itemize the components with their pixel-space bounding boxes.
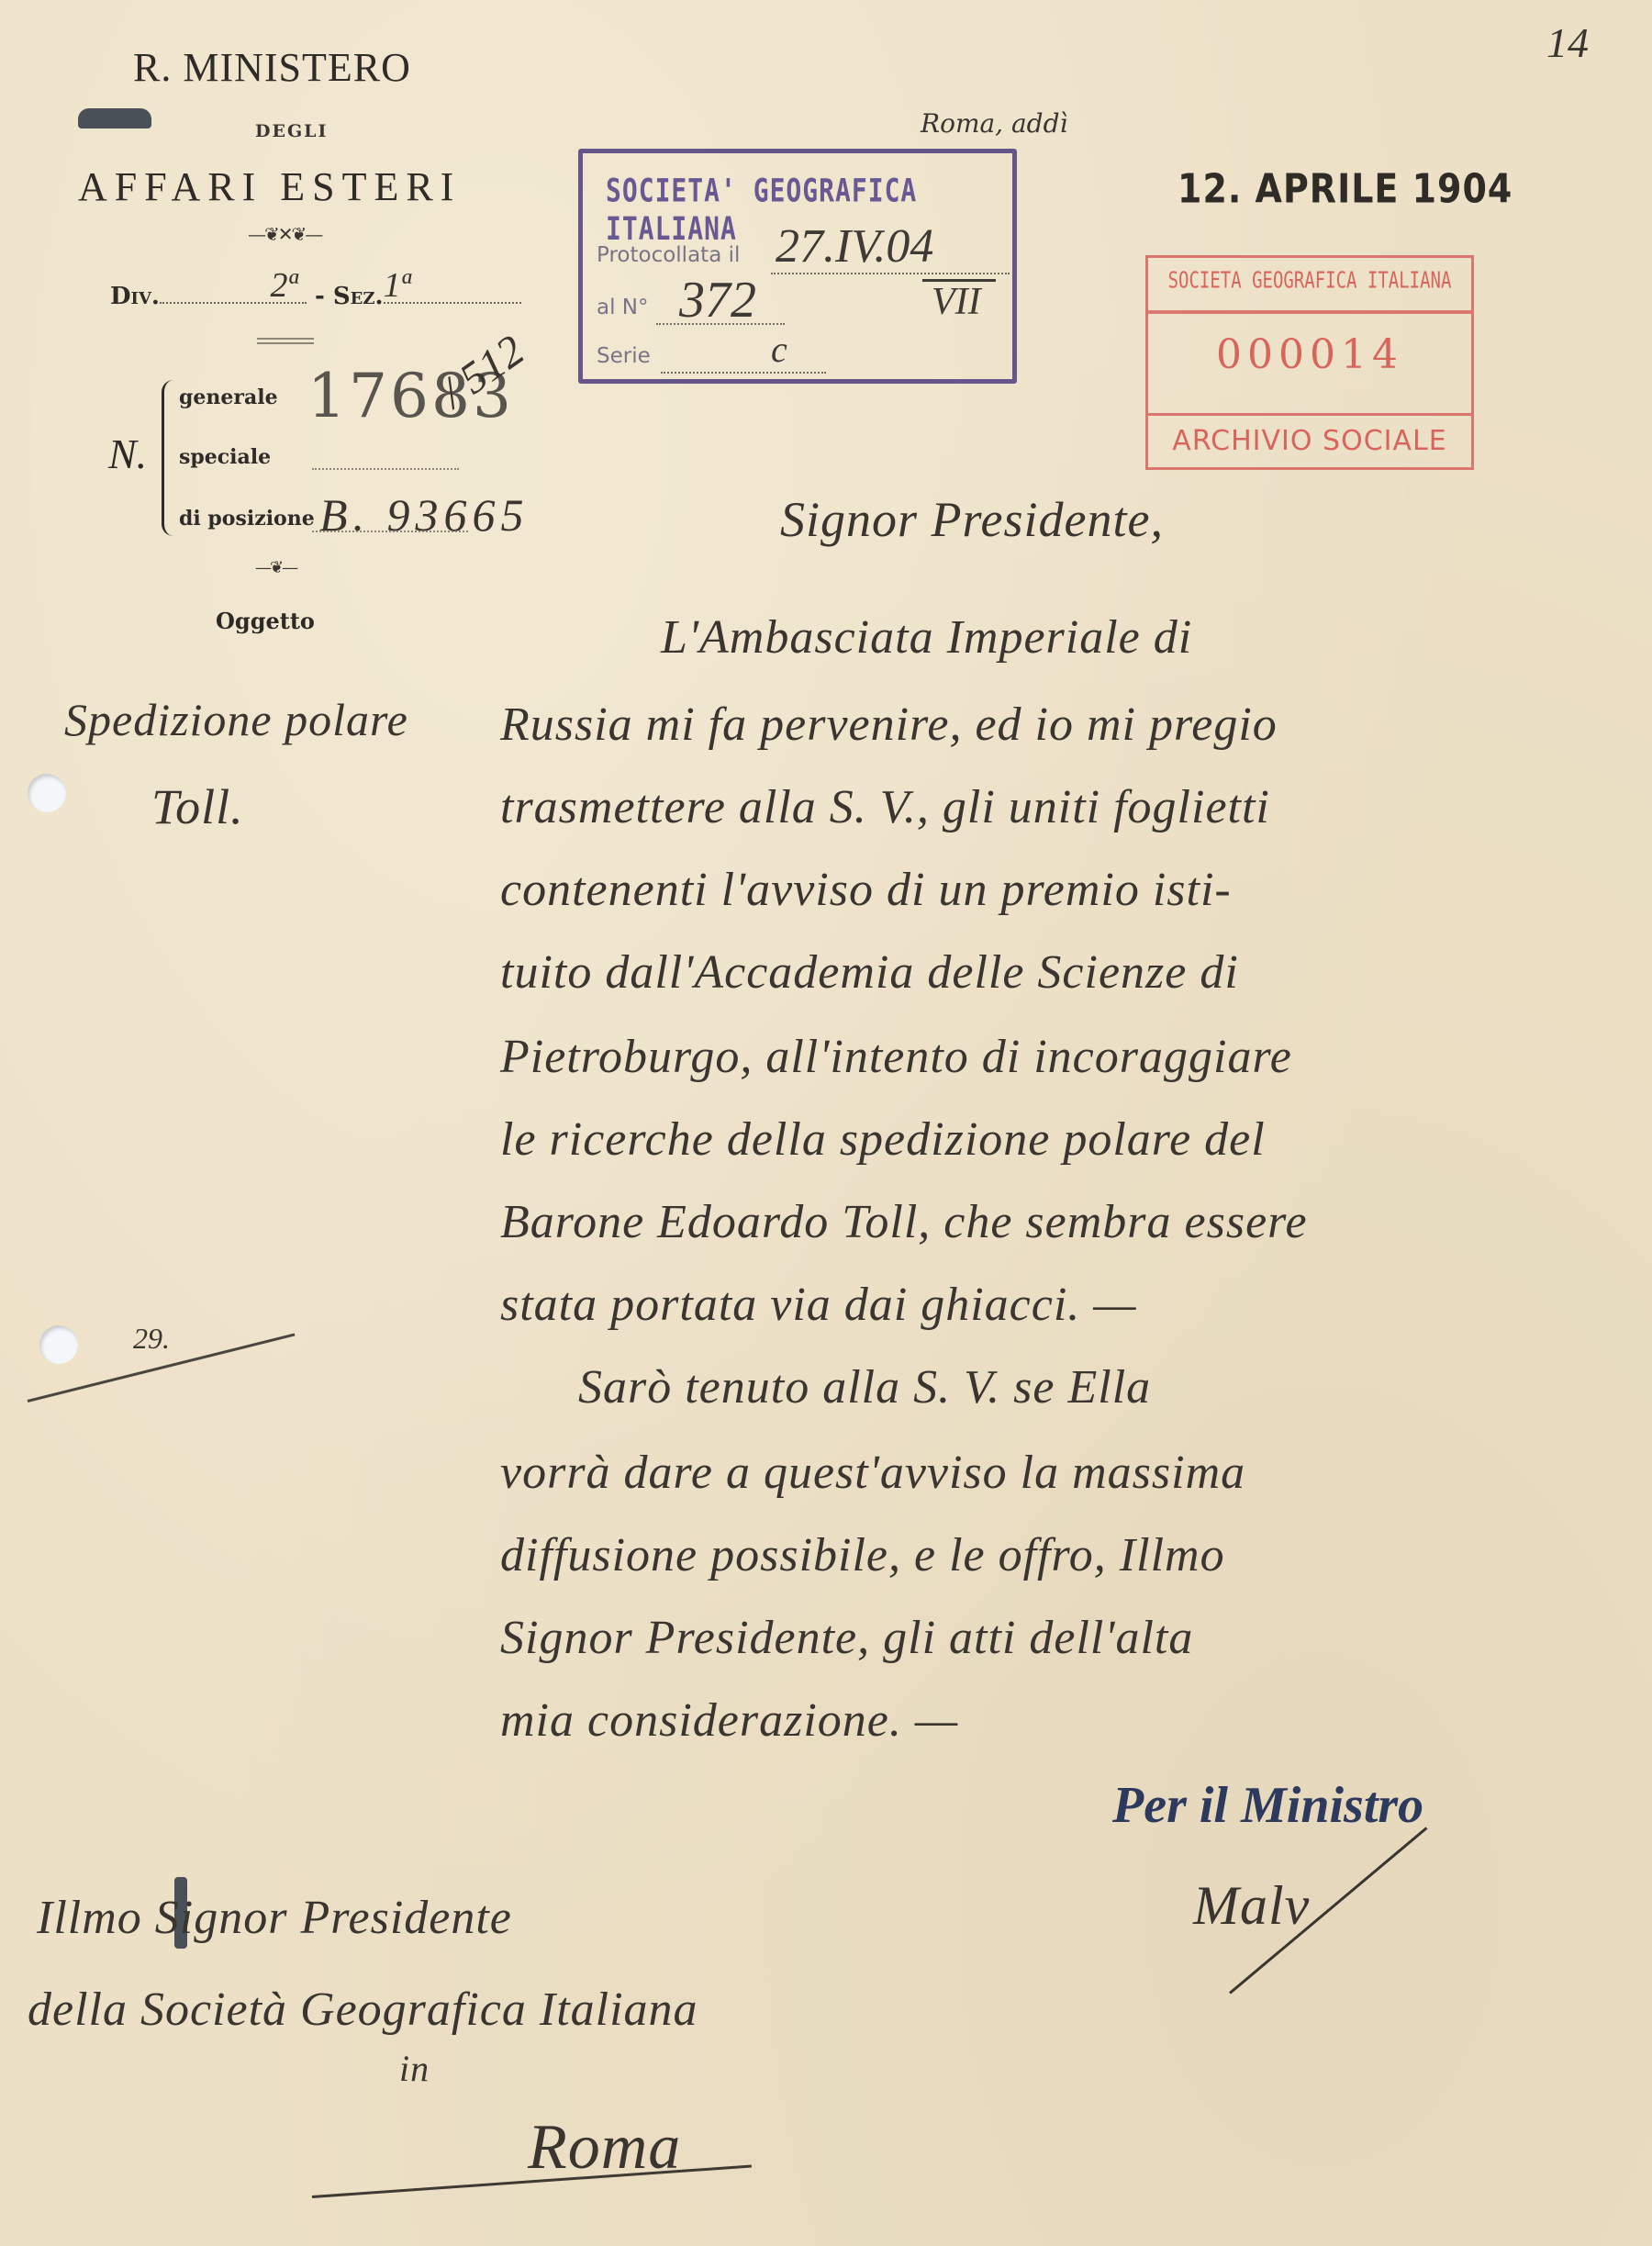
protocol-class: VII: [932, 280, 981, 324]
archive-stamp-footer: ARCHIVIO SOCIALE: [1148, 413, 1471, 467]
letter-line: trasmettere alla S. V., gli uniti foglie…: [500, 780, 1270, 834]
protocol-label: Protocollata il: [597, 243, 740, 267]
number-label: al N°: [597, 296, 649, 319]
letter-line: Signor Presidente, gli atti dell'alta: [500, 1611, 1193, 1665]
subject-line-1: Spedizione polare: [64, 693, 408, 746]
letter-line: contenenti l'avviso di un premio isti-: [500, 863, 1232, 917]
letter-line: le ricerche della spedizione polare del: [500, 1112, 1266, 1167]
double-rule-divider: [257, 338, 314, 340]
letter-line: tuito dall'Accademia delle Scienze di: [500, 945, 1239, 1000]
address-line-3: in: [399, 2047, 430, 2090]
double-rule-divider-2: [257, 342, 314, 344]
letter-line: stata portata via dai ghiacci. —: [500, 1278, 1137, 1332]
letterhead-degli: DEGLI: [255, 121, 328, 141]
salutation: Signor Presidente,: [780, 491, 1164, 548]
serie-underline: [661, 372, 826, 374]
margin-note: 29.: [133, 1322, 170, 1356]
letter-line: Pietroburgo, all'intento di incoraggiare: [500, 1030, 1292, 1084]
letter-line: Russia mi fa pervenire, ed io mi pregio: [500, 698, 1278, 752]
punch-hole-bottom: [39, 1325, 78, 1364]
generale-label: generale: [179, 386, 278, 409]
letter-line: Sarò tenuto alla S. V. se Ella: [578, 1360, 1151, 1414]
number-underline: [656, 323, 785, 325]
letter-line: L'Ambasciata Imperiale di: [661, 610, 1192, 665]
protocol-date: 27.IV.04: [776, 219, 933, 274]
posizione-field: [312, 531, 468, 532]
sez-value: 1ª: [384, 265, 410, 306]
place-printed: Roma, addì: [921, 108, 1067, 139]
archive-stamp: SOCIETA GEOGRAFICA ITALIANA 000014 ARCHI…: [1145, 255, 1474, 470]
div-value: 2ª: [271, 265, 297, 306]
serie-value: c: [771, 328, 787, 371]
division-section-row: Div.2ª - Sez.1ª: [110, 283, 521, 310]
letter-line: vorrà dare a quest'avviso la massima: [500, 1446, 1245, 1500]
letterhead-affari-esteri: AFFARI ESTERI: [78, 163, 461, 210]
speciale-label: speciale: [179, 445, 271, 469]
signature: Malv: [1193, 1874, 1310, 1938]
protocol-number: 372: [679, 271, 756, 330]
brace-icon: [162, 380, 173, 536]
letter-line: mia considerazione. —: [500, 1693, 958, 1748]
address-line-1: Illmo Signor Presidente: [37, 1891, 512, 1945]
ornament-divider-icon: —❦✕❦—: [248, 223, 321, 245]
letter-line: diffusione possibile, e le offro, Illmo: [500, 1528, 1225, 1582]
serie-label: Serie: [597, 344, 651, 368]
protocol-class-rule: [922, 279, 996, 282]
div-label: Div.: [110, 283, 160, 310]
ornament-small-icon: —❦—: [255, 558, 296, 577]
protocol-date-underline: [771, 273, 1010, 274]
archive-number: 000014: [1148, 331, 1471, 378]
letterhead-title: R. MINISTERO: [133, 44, 411, 91]
metal-clip-icon: [78, 108, 151, 129]
posizione-label: di posizione: [179, 507, 315, 531]
signature-stamp: Per il Ministro: [1112, 1776, 1423, 1835]
posizione-value: B. 93665: [319, 488, 530, 542]
subject-line-2: Toll.: [151, 778, 244, 835]
protocol-stamp: SOCIETA' GEOGRAFICA ITALIANA Protocollat…: [578, 149, 1017, 384]
punch-hole-top: [28, 774, 66, 812]
address-line-2: della Società Geografica Italiana: [28, 1983, 698, 2037]
oggetto-label: Oggetto: [216, 608, 315, 634]
archive-stamp-heading: SOCIETA GEOGRAFICA ITALIANA: [1148, 251, 1471, 314]
speciale-field: [312, 468, 459, 470]
letter-line: Barone Edoardo Toll, che sembra essere: [500, 1195, 1308, 1249]
number-prefix: N.: [108, 430, 147, 478]
sez-label: - Sez.: [315, 283, 384, 310]
date-stamp: 12. APRILE 1904: [1178, 165, 1512, 212]
page-number: 14: [1546, 18, 1589, 67]
